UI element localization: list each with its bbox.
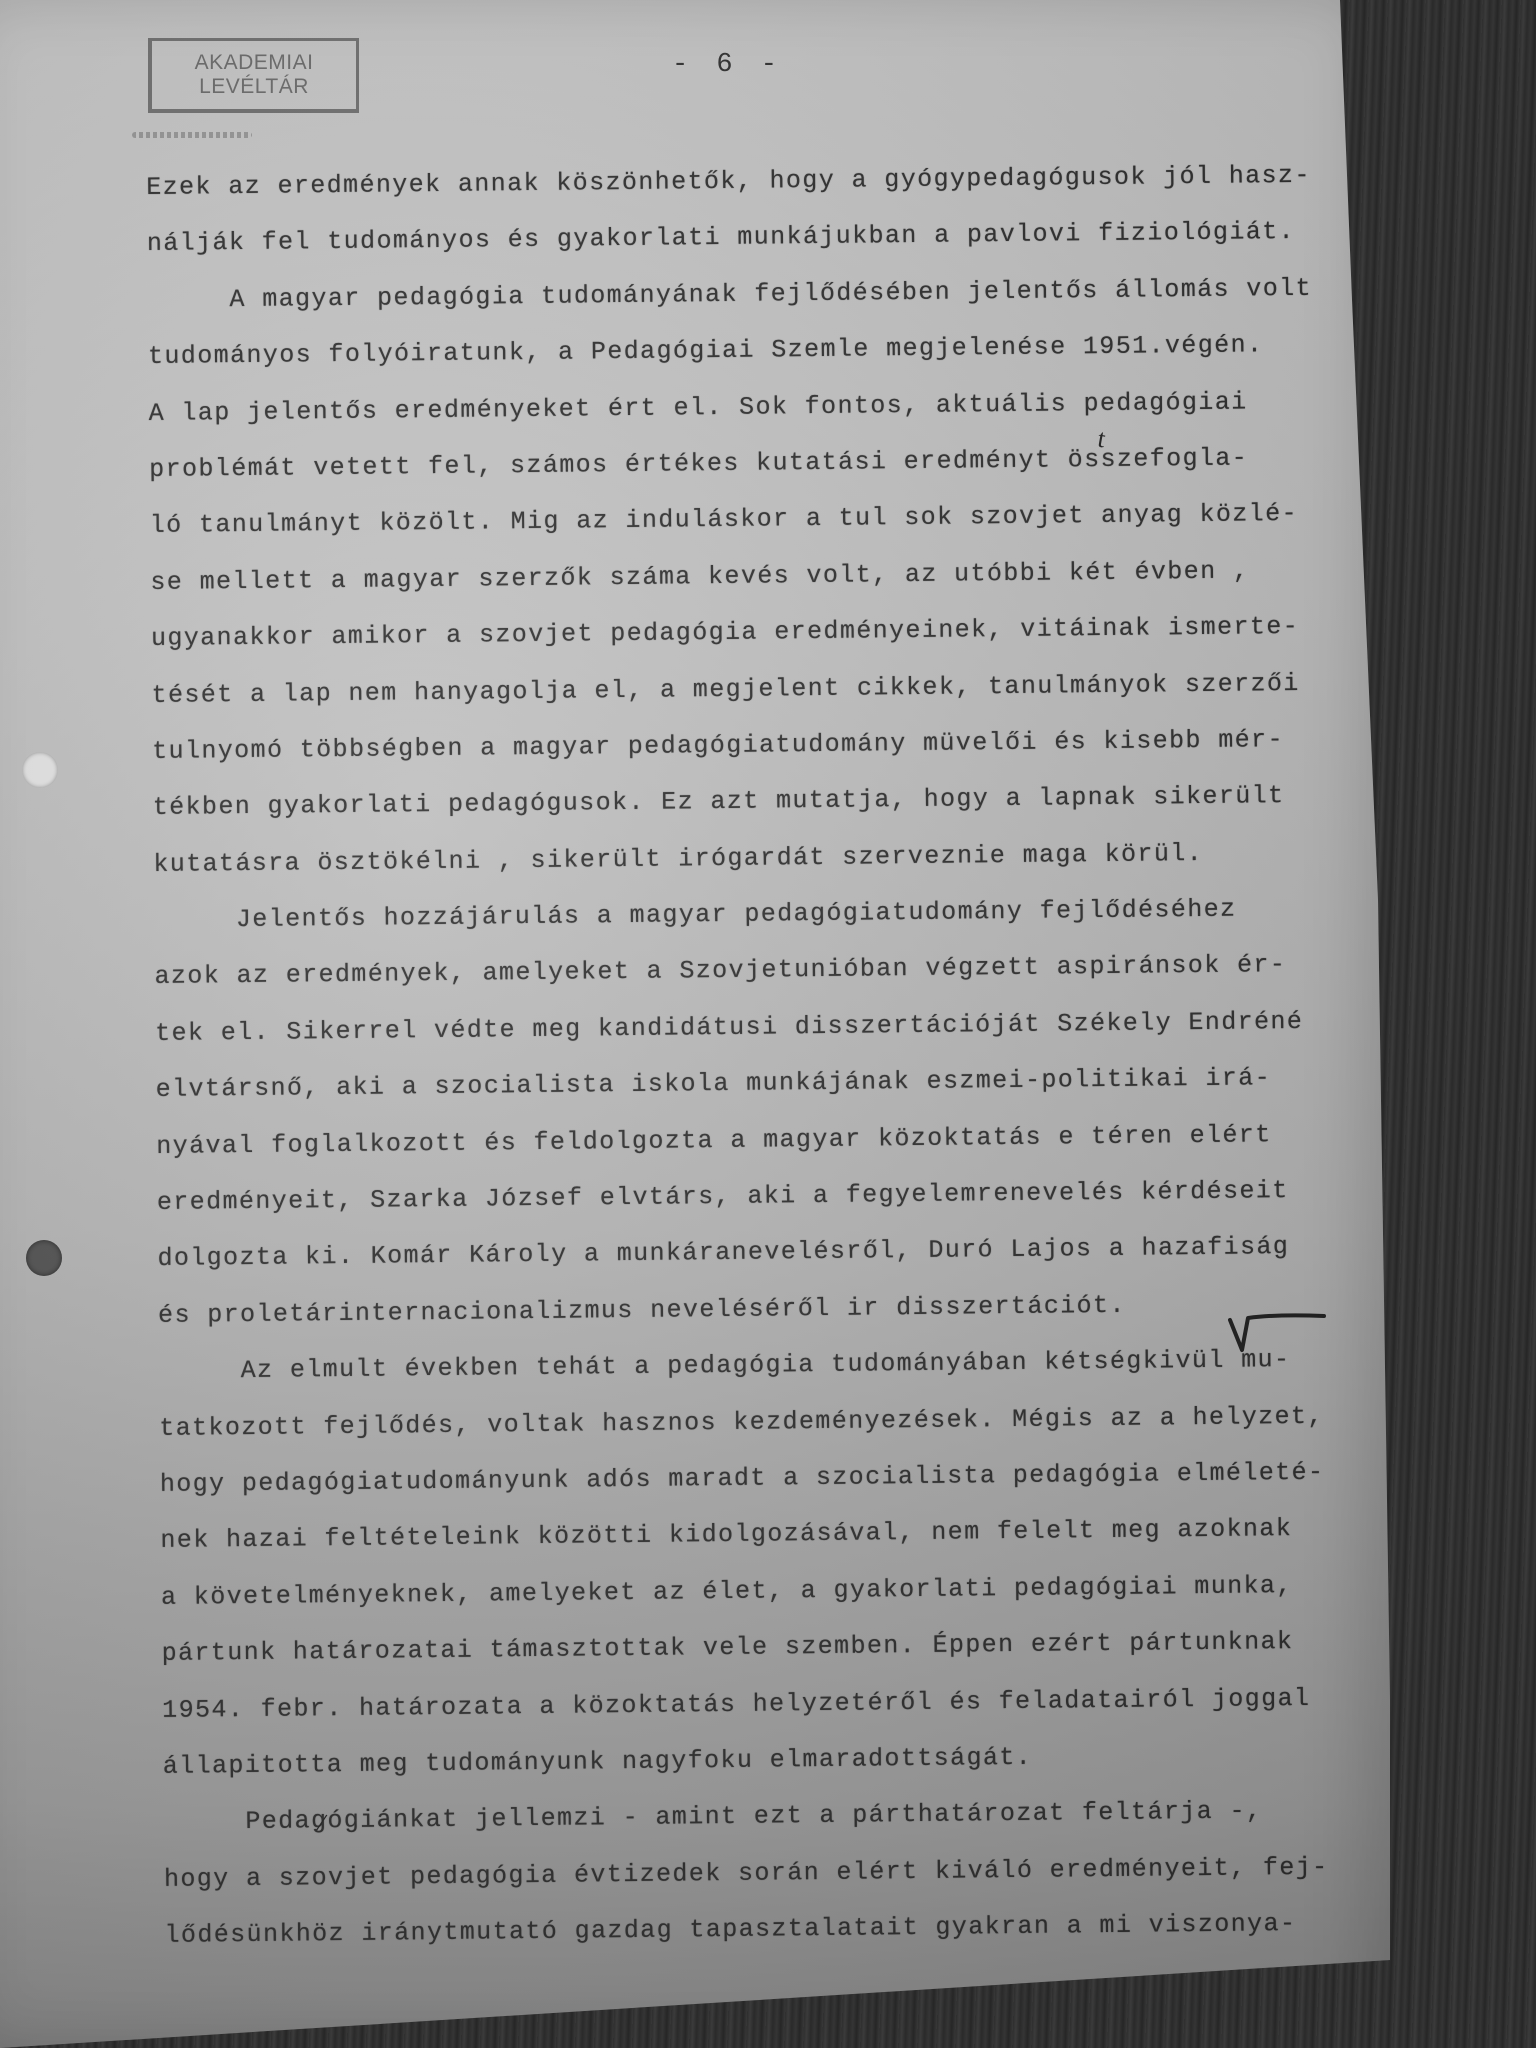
punch-hole-top: [22, 752, 58, 788]
handwritten-check-mark-icon: [1228, 1308, 1328, 1358]
archive-stamp: AKADEMIAI LEVÉLTÁR: [148, 38, 359, 113]
typewritten-body: Ezek az eredmények annak köszönhetők, ho…: [146, 147, 1395, 1964]
text-line: lődésünkhöz iránytmutató gazdag tapaszta…: [164, 1895, 1395, 1964]
ink-smudge: [132, 132, 252, 138]
document-page: AKADEMIAI LEVÉLTÁR - 6 - Ezek az eredmén…: [0, 0, 1390, 2048]
punch-hole-bottom: [26, 1240, 62, 1276]
stamp-line-2: LEVÉLTÁR: [199, 75, 309, 99]
page-number: - 6 -: [672, 50, 783, 80]
stamp-line-1: AKADEMIAI: [195, 51, 314, 75]
